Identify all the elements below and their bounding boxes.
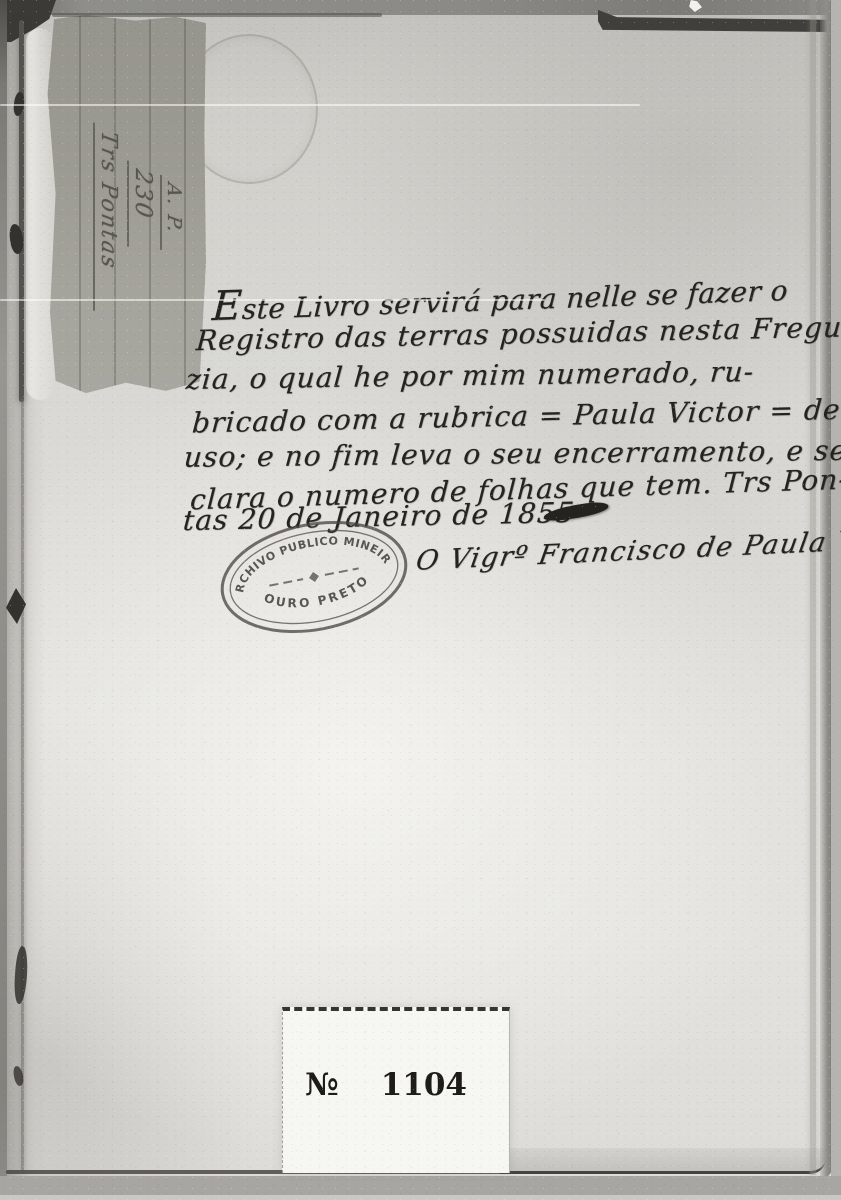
top-edge-line [52,13,382,17]
manuscript-line-4: bricado com a rubrica = Paula Victor = d… [191,391,841,439]
bottom-scan-band [0,1176,841,1195]
register-number-row: № 1104 [273,1067,499,1103]
archival-label-handwriting: A. P. 230 Trs Pontas [55,119,185,329]
scan-right-margin [831,0,841,1200]
scanned-manuscript-page: A. P. 230 Trs Pontas Este Livro servirá … [0,0,841,1200]
scanner-scratch-line [0,104,640,106]
gutter-crease-lower [21,398,24,1170]
archival-label-line: A. P. [160,175,185,254]
binding-edge-dark [0,0,7,1200]
manuscript-line-3: zia, o qual he por mim numerado, ru- [185,355,756,396]
register-number-label: № 1104 [282,1007,510,1173]
register-number: 1104 [381,1067,467,1103]
archival-label-line: 230 [127,160,156,251]
underlying-page-sliver [500,1148,826,1174]
numero-sign: № [305,1067,339,1103]
scanner-scratch-line [0,299,545,301]
page-right-crease [810,0,816,1175]
archival-paper-strip: A. P. 230 Trs Pontas [46,13,206,397]
gutter-crease-upper [19,20,24,402]
bottom-scan-band-light [0,1195,841,1200]
archival-label-line: Trs Pontas [93,123,121,316]
